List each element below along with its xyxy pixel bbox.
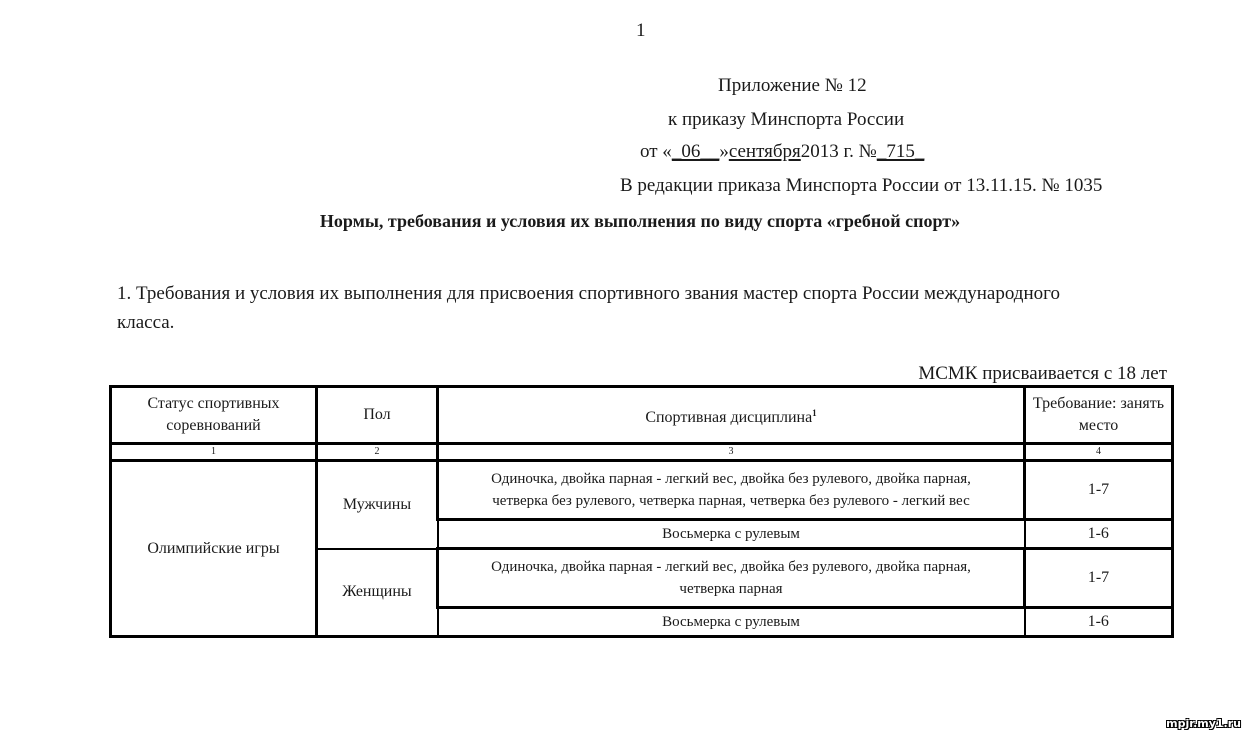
column-number: 2 [317,444,438,461]
place-cell: 1-7 [1025,549,1173,608]
header-requirement: Требование: занять место [1025,387,1173,444]
discipline-cell: Восьмерка с рулевым [438,608,1025,637]
place-cell: 1-6 [1025,520,1173,549]
document-title: Нормы, требования и условия их выполнени… [0,211,1255,232]
age-note: МСМК присваивается с 18 лет [918,363,1167,385]
date-prefix: от « [640,141,672,162]
column-number: 4 [1025,444,1173,461]
date-quote: » [719,141,729,162]
header-discipline-label: Спортивная дисциплина [645,409,812,426]
order-number: _715_ [877,141,925,162]
order-reference: к приказу Минспорта России [668,109,904,131]
discipline-line: Одиночка, двойка парная - легкий вес, дв… [445,468,1017,490]
edition-note: В редакции приказа Минспорта России от 1… [620,175,1102,197]
order-date: от «_06__»сентября2013 г. №_715_ [640,141,924,163]
discipline-line: Одиночка, двойка парная - легкий вес, дв… [445,556,1017,578]
column-number: 3 [438,444,1025,461]
date-month: сентября [729,141,801,162]
header-gender: Пол [317,387,438,444]
column-number-row: 1 2 3 4 [111,444,1173,461]
discipline-cell: Одиночка, двойка парная - легкий вес, дв… [438,549,1025,608]
section-heading: 1. Требования и условия их выполнения дл… [117,279,1067,337]
footnote-marker: 1 [812,408,817,418]
date-year: 2013 г. № [801,141,877,162]
column-number: 1 [111,444,317,461]
place-cell: 1-6 [1025,608,1173,637]
discipline-cell: Восьмерка с рулевым [438,520,1025,549]
table-row: Олимпийские игры Мужчины Одиночка, двойк… [111,461,1173,520]
appendix-title: Приложение № 12 [718,75,867,97]
status-cell: Олимпийские игры [111,461,317,637]
table-header-row: Статус спортивных соревнований Пол Спорт… [111,387,1173,444]
discipline-cell: Одиночка, двойка парная - легкий вес, дв… [438,461,1025,520]
place-cell: 1-7 [1025,461,1173,520]
discipline-line: четверка без рулевого, четверка парная, … [445,490,1017,512]
gender-cell-men: Мужчины [317,461,438,549]
date-day: _06__ [672,141,720,162]
norms-table: Статус спортивных соревнований Пол Спорт… [109,385,1174,638]
watermark: mpjr.my1.ru [1166,717,1241,730]
discipline-line: четверка парная [445,578,1017,600]
header-discipline: Спортивная дисциплина1 [438,387,1025,444]
page-number: 1 [636,20,646,42]
gender-cell-women: Женщины [317,549,438,637]
header-status: Статус спортивных соревнований [111,387,317,444]
